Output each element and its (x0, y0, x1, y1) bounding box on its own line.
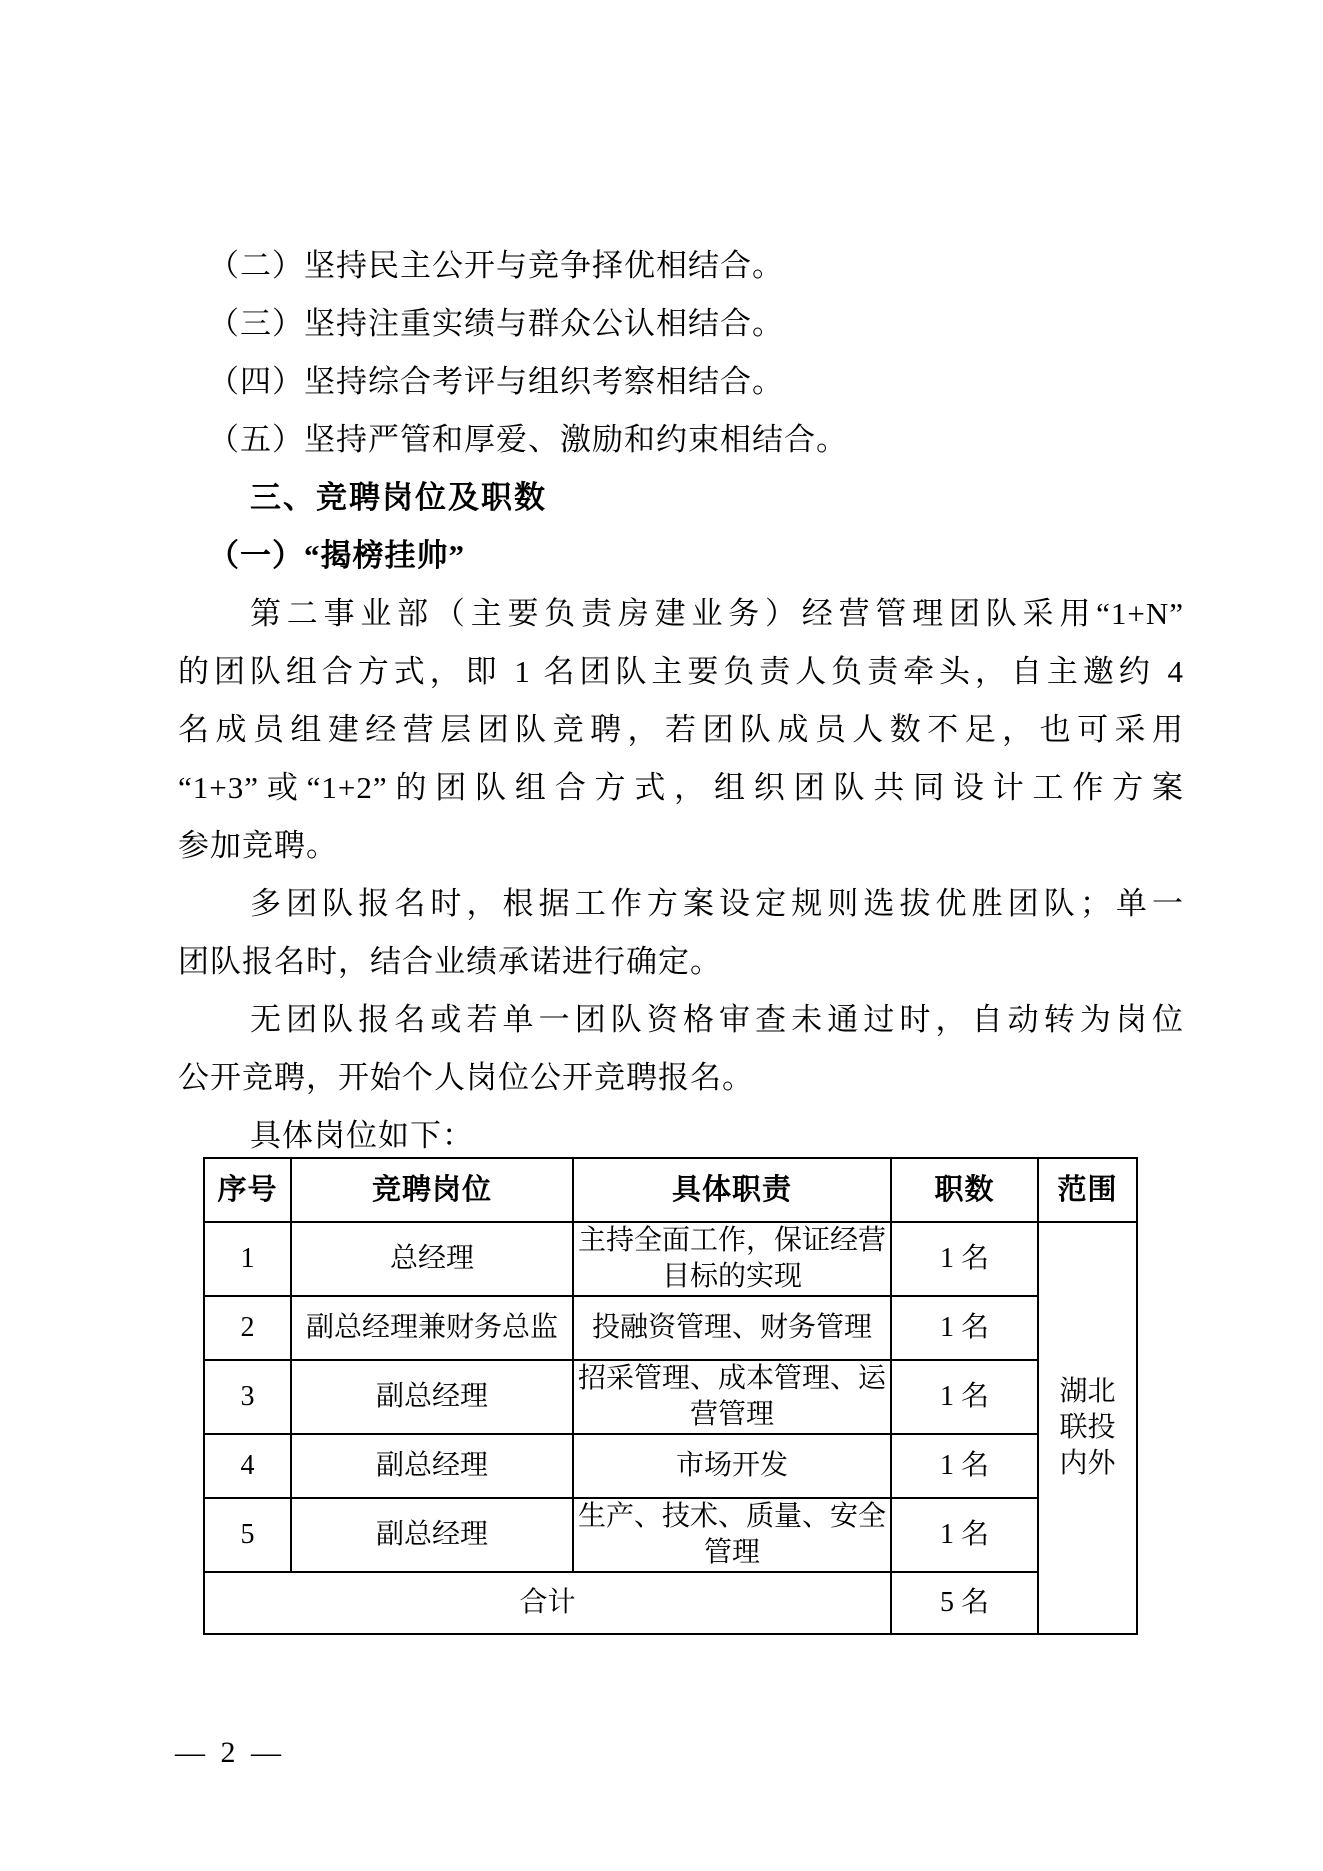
table-row: 1 总经理 主持全面工作，保证经营目标的实现 1 名 湖北联投内外 (204, 1222, 1137, 1296)
paragraph-line: 公开竞聘，开始个人岗位公开竞聘报名。 (178, 1049, 1184, 1107)
cell-seq: 1 (204, 1222, 291, 1296)
scope-text: 湖北联投内外 (1058, 1374, 1118, 1482)
paragraph-line: 的团队组合方式，即 1 名团队主要负责人负责牵头，自主邀约 4 (178, 643, 1184, 701)
cell-seq: 2 (204, 1296, 291, 1360)
paragraph-line: 名成员组建经营层团队竞聘，若团队成员人数不足，也可采用 (178, 701, 1184, 759)
cell-duty: 招采管理、成本管理、运营管理 (573, 1360, 891, 1434)
cell-duty: 主持全面工作，保证经营目标的实现 (573, 1222, 891, 1296)
principle-item-4: （四）坚持综合考评与组织考察相结合。 (178, 353, 1184, 411)
table-header-row: 序号 竞聘岗位 具体职责 职数 范围 (204, 1158, 1137, 1222)
cell-count: 1 名 (891, 1222, 1038, 1296)
cell-count: 1 名 (891, 1498, 1038, 1572)
subsection-heading-1: （一）“揭榜挂帅” (178, 527, 1184, 585)
table-row: 4 副总经理 市场开发 1 名 (204, 1434, 1137, 1498)
cell-duty: 投融资管理、财务管理 (573, 1296, 891, 1360)
cell-position: 副总经理兼财务总监 (291, 1296, 573, 1360)
principle-item-5: （五）坚持严管和厚爱、激励和约束相结合。 (178, 411, 1184, 469)
table-total-row: 合计 5 名 (204, 1572, 1137, 1634)
paragraph-line: 参加竞聘。 (178, 817, 1184, 875)
paragraph-line: 无团队报名或若单一团队资格审查未通过时，自动转为岗位 (178, 991, 1184, 1049)
page-number: — 2 — (175, 1736, 285, 1770)
table-row: 3 副总经理 招采管理、成本管理、运营管理 1 名 (204, 1360, 1137, 1434)
paragraph-line: 多团队报名时，根据工作方案设定规则选拔优胜团队；单一 (178, 875, 1184, 933)
table-row: 2 副总经理兼财务总监 投融资管理、财务管理 1 名 (204, 1296, 1137, 1360)
cell-duty: 生产、技术、质量、安全管理 (573, 1498, 891, 1572)
total-label: 合计 (204, 1572, 891, 1634)
header-scope: 范围 (1038, 1158, 1137, 1222)
cell-position: 副总经理 (291, 1360, 573, 1434)
position-table: 序号 竞聘岗位 具体职责 职数 范围 1 总经理 主持全面工作，保证经营目标的实… (203, 1157, 1138, 1635)
cell-seq: 3 (204, 1360, 291, 1434)
cell-duty: 市场开发 (573, 1434, 891, 1498)
cell-count: 1 名 (891, 1296, 1038, 1360)
paragraph-line: “1+3”或“1+2”的团队组合方式，组织团队共同设计工作方案 (178, 759, 1184, 817)
header-duty: 具体职责 (573, 1158, 891, 1222)
principle-item-2: （二）坚持民主公开与竞争择优相结合。 (178, 237, 1184, 295)
cell-scope: 湖北联投内外 (1038, 1222, 1137, 1634)
total-count: 5 名 (891, 1572, 1038, 1634)
cell-seq: 4 (204, 1434, 291, 1498)
principle-item-3: （三）坚持注重实绩与群众公认相结合。 (178, 295, 1184, 353)
header-position: 竞聘岗位 (291, 1158, 573, 1222)
cell-count: 1 名 (891, 1360, 1038, 1434)
paragraph-line: 团队报名时，结合业绩承诺进行确定。 (178, 933, 1184, 991)
header-count: 职数 (891, 1158, 1038, 1222)
document-body: （二）坚持民主公开与竞争择优相结合。 （三）坚持注重实绩与群众公认相结合。 （四… (178, 237, 1184, 1165)
table-row: 5 副总经理 生产、技术、质量、安全管理 1 名 (204, 1498, 1137, 1572)
section-heading-3: 三、竞聘岗位及职数 (178, 469, 1184, 527)
paragraph-line: 第二事业部（主要负责房建业务）经营管理团队采用“1+N” (178, 585, 1184, 643)
header-seq: 序号 (204, 1158, 291, 1222)
cell-position: 总经理 (291, 1222, 573, 1296)
cell-count: 1 名 (891, 1434, 1038, 1498)
cell-position: 副总经理 (291, 1434, 573, 1498)
cell-position: 副总经理 (291, 1498, 573, 1572)
document-page: { "document": { "lines": [ "（二）坚持民主公开与竞争… (0, 0, 1323, 1871)
cell-seq: 5 (204, 1498, 291, 1572)
